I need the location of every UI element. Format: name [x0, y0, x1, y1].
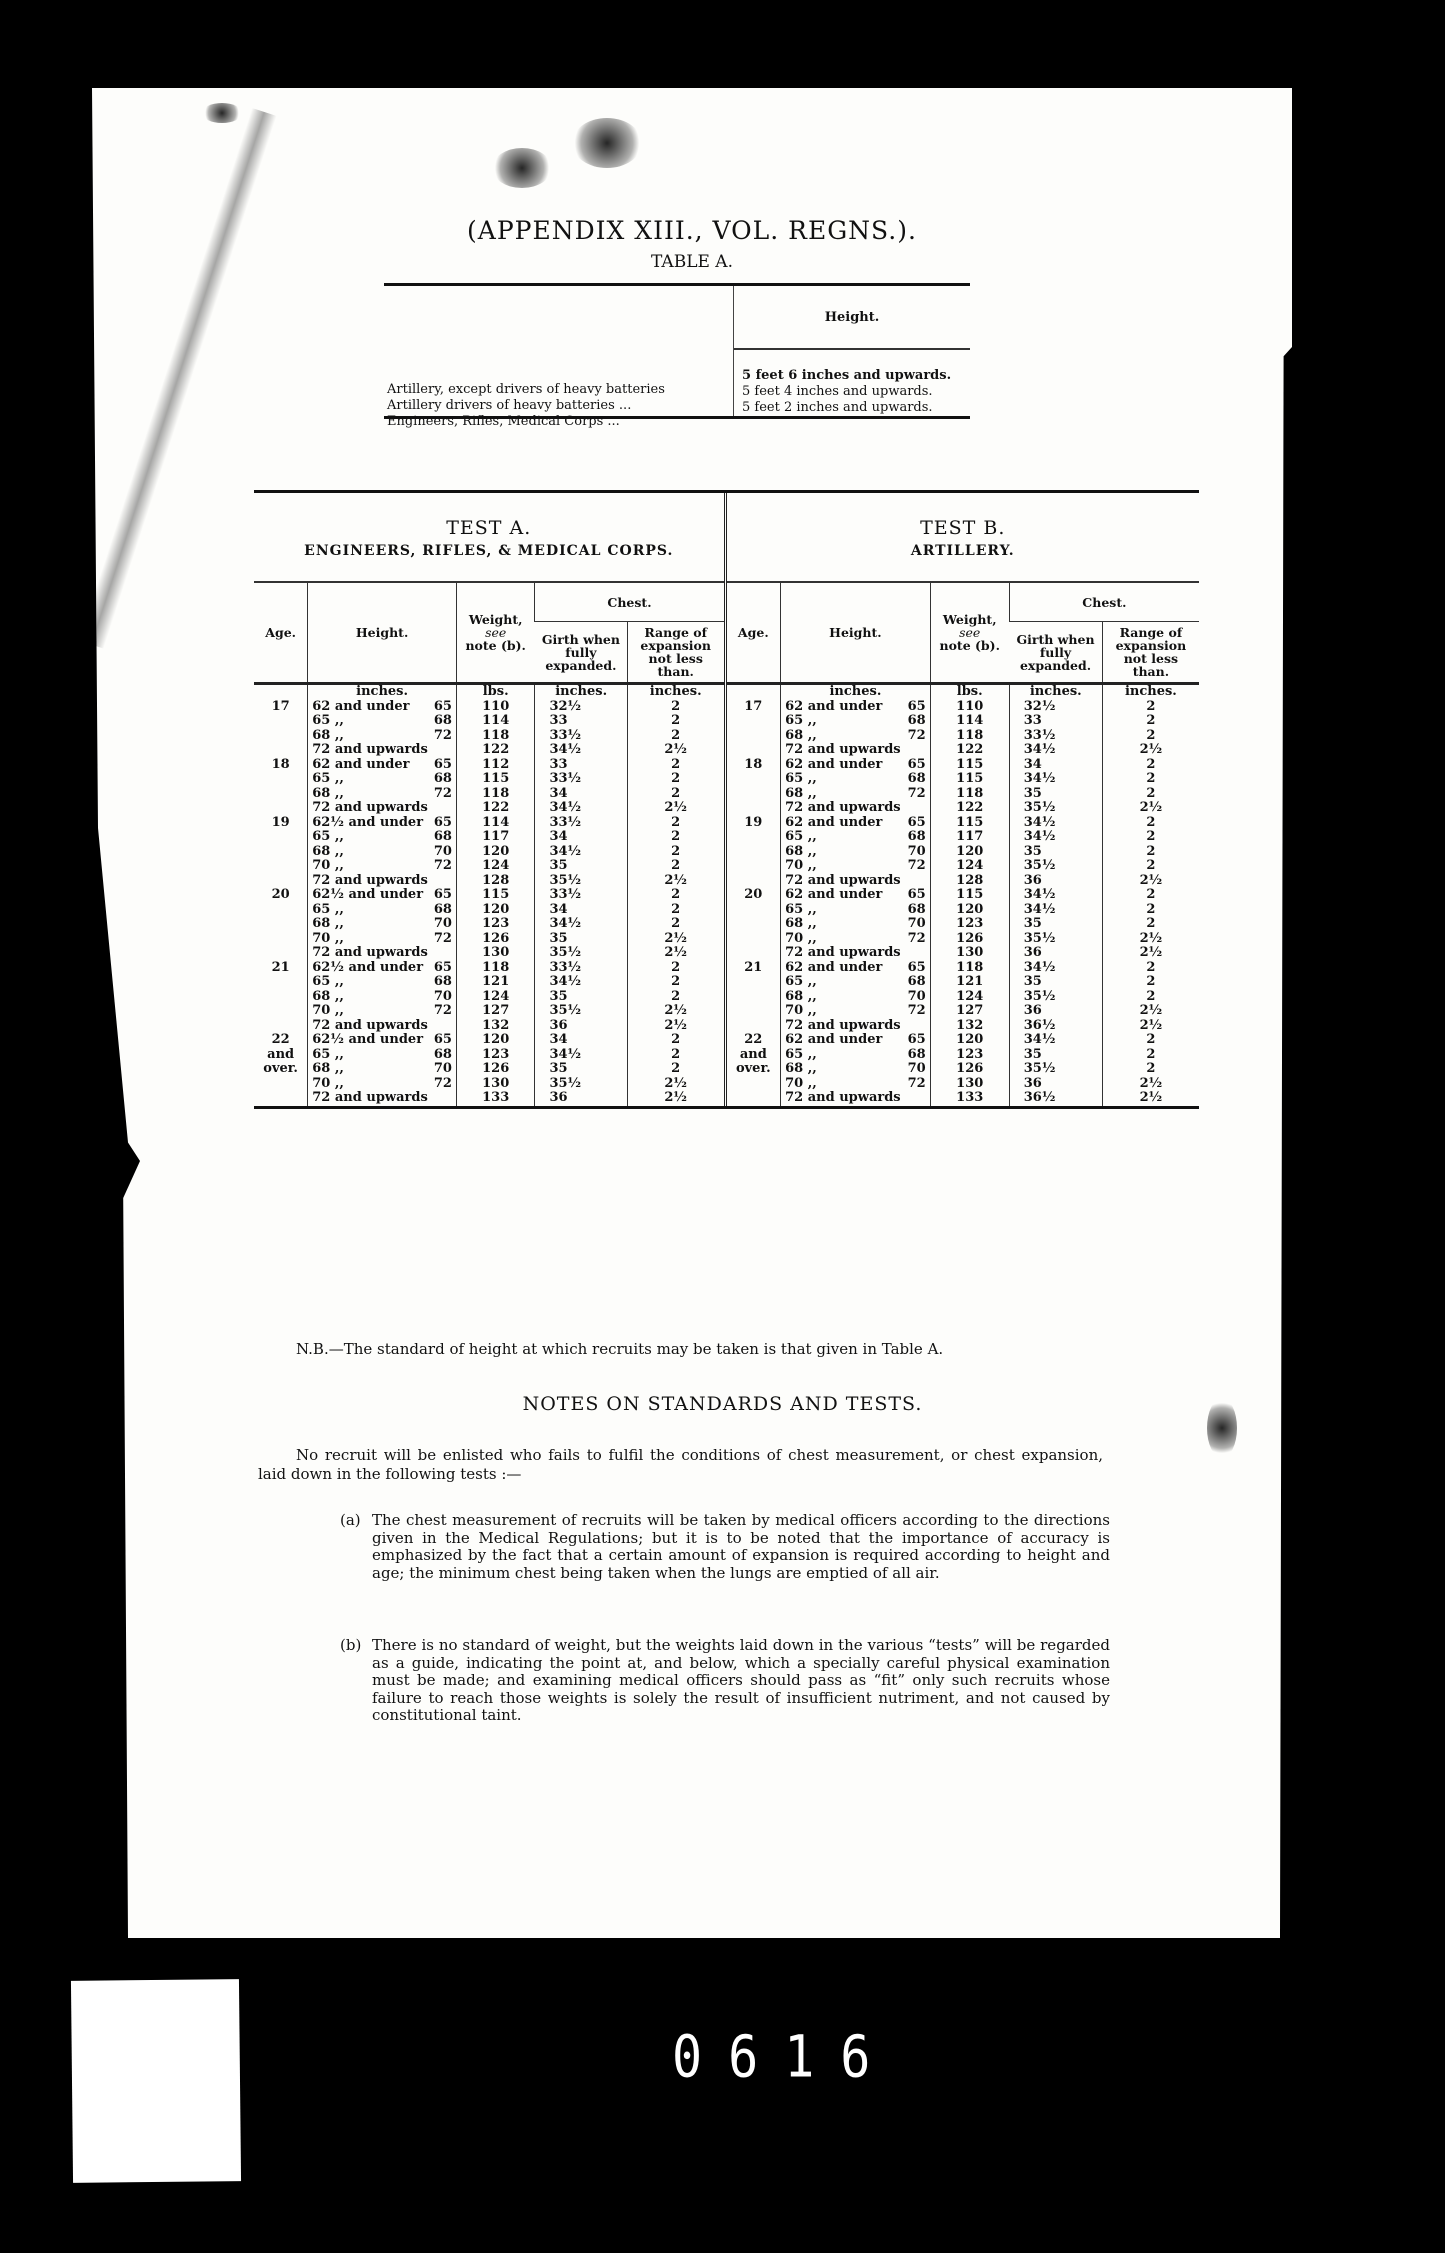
height-range: 65 ,,68: [785, 772, 926, 787]
weight-value: 120: [461, 1033, 531, 1048]
girth-value: 35: [1024, 845, 1098, 860]
height-to: 65: [908, 961, 926, 976]
girth-value: 33: [549, 758, 622, 773]
age-cell: 17: [254, 700, 308, 758]
height-from: 72 and upwards: [785, 874, 901, 889]
range-value: 2: [1107, 888, 1195, 903]
height-cell: 62 and under6565 ,,6868 ,,7272 and upwar…: [308, 700, 457, 758]
girth-value: 33½: [1024, 729, 1098, 744]
height-to: 68: [908, 1048, 926, 1063]
height-from: 68 ,,: [785, 1062, 817, 1077]
height-from: 68 ,,: [312, 845, 344, 860]
weight-value: 115: [461, 772, 531, 787]
height-to: 72: [434, 787, 452, 802]
weight-value: 120: [935, 903, 1005, 918]
height-to: 68: [434, 975, 452, 990]
girth-value: 33½: [549, 888, 622, 903]
weight-value: 133: [461, 1091, 531, 1106]
girth-value: 35½: [1024, 1062, 1098, 1077]
girth-value: 34½: [1024, 830, 1098, 845]
height-range: 72 and upwards: [312, 874, 452, 889]
age-cell: 20: [727, 888, 781, 961]
unit-range: inches.: [1102, 684, 1199, 700]
test-a-subtitle: ENGINEERS, RIFLES, & MEDICAL CORPS.: [254, 543, 724, 559]
height-range: 70 ,,72: [785, 932, 926, 947]
height-from: 68 ,,: [785, 787, 817, 802]
age-cell: 21: [727, 961, 781, 1034]
range-value: 2: [632, 903, 720, 918]
range-cell: 2222½2½: [627, 961, 723, 1034]
girth-value: 35½: [549, 1004, 622, 1019]
height-from: 65 ,,: [785, 714, 817, 729]
height-from: 62½ and under: [312, 961, 423, 976]
age-group-row: 1962 and under6565 ,,6868 ,,7070 ,,7272 …: [727, 816, 1200, 889]
range-cell: 22222½: [627, 816, 723, 889]
unit-weight: lbs.: [930, 684, 1009, 700]
age-group-row: 1862 and under6565 ,,6868 ,,7272 and upw…: [254, 758, 724, 816]
girth-value: 34: [549, 830, 622, 845]
girth-value: 34: [549, 787, 622, 802]
height-from: 65 ,,: [312, 772, 344, 787]
height-cell: 62 and under6565 ,,6868 ,,7272 and upwar…: [781, 700, 931, 758]
girth-value: 34½: [549, 845, 622, 860]
range-value: 2: [1107, 1033, 1195, 1048]
note-b: (b) There is no standard of weight, but …: [340, 1637, 1110, 1725]
height-from: 65 ,,: [785, 1048, 817, 1063]
notes-intro: No recruit will be enlisted who fails to…: [258, 1446, 1103, 1484]
table-a-label: TABLE A.: [92, 252, 1292, 272]
range-value: 2: [632, 1062, 720, 1077]
range-value: 2½: [632, 932, 720, 947]
girth-cell: 34½3535½3636½: [1009, 1033, 1102, 1106]
girth-value: 36: [1024, 874, 1098, 889]
table-a-units: Artillery, except drivers of heavy batte…: [384, 286, 734, 416]
height-to: 68: [908, 975, 926, 990]
girth-cell: 3434½3535½36: [535, 1033, 627, 1106]
weight-value: 124: [935, 990, 1005, 1005]
girth-cell: 33½3434½3535½: [535, 888, 627, 961]
notes-title: NOTES ON STANDARDS AND TESTS.: [0, 1393, 1445, 1415]
weight-value: 118: [935, 729, 1005, 744]
height-to: 70: [908, 1062, 926, 1077]
height-to: 72: [434, 729, 452, 744]
weight-note: note (b).: [933, 639, 1007, 652]
range-value: 2: [1107, 961, 1195, 976]
height-from: 70 ,,: [785, 859, 817, 874]
height-to: 72: [908, 932, 926, 947]
girth-value: 36: [1024, 1077, 1098, 1092]
range-value: 2: [1107, 758, 1195, 773]
height-to: 70: [908, 917, 926, 932]
height-range: 68 ,,70: [312, 845, 452, 860]
height-cell: 62 and under6565 ,,6868 ,,7070 ,,7272 an…: [781, 816, 931, 889]
girth-value: 34½: [549, 975, 622, 990]
height-from: 68 ,,: [785, 845, 817, 860]
girth-value: 33: [1024, 714, 1098, 729]
height-to: 70: [434, 990, 452, 1005]
range-value: 2: [632, 1033, 720, 1048]
girth-value: 33: [549, 714, 622, 729]
weight-value: 130: [935, 946, 1005, 961]
weight-cell: 110114118122: [456, 700, 535, 758]
weight-value: 115: [935, 816, 1005, 831]
height-range: 70 ,,72: [312, 932, 452, 947]
weight-value: 114: [461, 714, 531, 729]
girth-value: 34½: [1024, 743, 1098, 758]
col-girth-header: Girth when fully expanded.: [535, 622, 627, 684]
age-group-row: 2062 and under6565 ,,6868 ,,7070 ,,7272 …: [727, 888, 1200, 961]
range-value: 2½: [1107, 874, 1195, 889]
table-a-unit: Artillery drivers of heavy batteries ...: [384, 398, 733, 414]
weight-cell: 112115118122: [456, 758, 535, 816]
range-value: 2½: [632, 1004, 720, 1019]
height-to: 72: [908, 729, 926, 744]
girth-value: 36½: [1024, 1091, 1098, 1106]
height-to: 65: [434, 700, 452, 715]
height-range: 70 ,,72: [312, 1077, 452, 1092]
tests-table: TEST A. ENGINEERS, RIFLES, & MEDICAL COR…: [254, 490, 1199, 1109]
col-chest-header: Chest.: [1009, 582, 1199, 622]
girth-value: 35½: [549, 1077, 622, 1092]
height-cell: 62½ and under6565 ,,6868 ,,7070 ,,7272 a…: [308, 961, 457, 1034]
weight-value: 130: [461, 1077, 531, 1092]
girth-value: 35: [1024, 1048, 1098, 1063]
height-to: 65: [908, 1033, 926, 1048]
frame-number: 0616: [672, 2024, 896, 2091]
test-a-table: Age.Height.Weight,seenote (b).Chest.Girt…: [254, 581, 724, 1106]
girth-value: 35: [549, 932, 622, 947]
height-range: 65 ,,68: [312, 772, 452, 787]
table-a: Artillery, except drivers of heavy batte…: [384, 283, 970, 419]
age-group-row: 22 and over.62 and under6565 ,,6868 ,,70…: [727, 1033, 1200, 1106]
height-range: 65 ,,68: [785, 975, 926, 990]
height-to: 70: [434, 917, 452, 932]
weight-value: 118: [935, 961, 1005, 976]
range-value: 2½: [1107, 743, 1195, 758]
weight-value: 118: [935, 787, 1005, 802]
height-range: 68 ,,70: [312, 1062, 452, 1077]
girth-cell: 34½3535½3636½: [1009, 961, 1102, 1034]
height-range: 72 and upwards: [785, 1019, 926, 1034]
height-from: 68 ,,: [312, 917, 344, 932]
age-cell: 22 and over.: [727, 1033, 781, 1106]
girth-value: 36: [549, 1091, 622, 1106]
unit-weight: lbs.: [456, 684, 535, 700]
height-to: 72: [434, 859, 452, 874]
girth-value: 35: [1024, 975, 1098, 990]
range-value: 2: [1107, 1062, 1195, 1077]
weight-value: 112: [461, 758, 531, 773]
height-to: 65: [908, 758, 926, 773]
weight-value: 122: [935, 743, 1005, 758]
height-to: 72: [434, 1077, 452, 1092]
girth-value: 35½: [1024, 990, 1098, 1005]
range-cell: 2222½2½: [627, 1033, 723, 1106]
weight-value: 132: [935, 1019, 1005, 1034]
girth-cell: 33½34½3535½36: [535, 961, 627, 1034]
age-group-row: 2162 and under6565 ,,6868 ,,7070 ,,7272 …: [727, 961, 1200, 1034]
col-range-header: Range of expansion not less than.: [1102, 622, 1199, 684]
height-from: 65 ,,: [312, 1048, 344, 1063]
height-from: 62 and under: [785, 758, 882, 773]
weight-value: 118: [461, 729, 531, 744]
height-range: 65 ,,68: [785, 903, 926, 918]
range-value: 2: [632, 888, 720, 903]
girth-value: 35½: [1024, 801, 1098, 816]
weight-value: 121: [935, 975, 1005, 990]
weight-cell: 115120123126130: [456, 888, 535, 961]
range-value: 2: [632, 1048, 720, 1063]
height-range: 65 ,,68: [312, 903, 452, 918]
height-cell: 62 and under6565 ,,6868 ,,7272 and upwar…: [308, 758, 457, 816]
weight-value: 117: [935, 830, 1005, 845]
height-range: 65 ,,68: [785, 714, 926, 729]
height-to: 68: [434, 714, 452, 729]
height-from: 72 and upwards: [312, 1019, 428, 1034]
height-range: 65 ,,68: [312, 1048, 452, 1063]
height-range: 62 and under65: [312, 758, 452, 773]
test-b: TEST B. ARTILLERY. Age.Height.Weight,see…: [727, 493, 1200, 1106]
range-cell: 2222½: [627, 758, 723, 816]
range-value: 2: [632, 917, 720, 932]
range-value: 2: [632, 961, 720, 976]
height-from: 65 ,,: [785, 830, 817, 845]
weight-value: 114: [935, 714, 1005, 729]
girth-value: 35: [549, 1062, 622, 1077]
range-value: 2: [1107, 1048, 1195, 1063]
height-range: 62 and under65: [785, 888, 926, 903]
height-from: 72 and upwards: [312, 874, 428, 889]
height-from: 72 and upwards: [785, 1019, 901, 1034]
girth-value: 35½: [549, 874, 622, 889]
weight-cell: 115115118122: [930, 758, 1009, 816]
height-range: 62½ and under65: [312, 816, 452, 831]
weight-value: 133: [935, 1091, 1005, 1106]
range-value: 2: [1107, 975, 1195, 990]
height-range: 62 and under65: [785, 758, 926, 773]
appendix-title: (APPENDIX XIII., VOL. REGNS.).: [92, 216, 1292, 245]
range-value: 2: [1107, 990, 1195, 1005]
col-range-header: Range of expansion not less than.: [627, 622, 723, 684]
girth-value: 35: [549, 859, 622, 874]
height-range: 65 ,,68: [785, 830, 926, 845]
range-value: 2: [632, 990, 720, 1005]
girth-cell: 33½3434½3535½: [535, 816, 627, 889]
age-cell: 20: [254, 888, 308, 961]
girth-value: 35: [1024, 787, 1098, 802]
height-to: 72: [908, 1004, 926, 1019]
height-range: 62 and under65: [785, 1033, 926, 1048]
range-value: 2½: [1107, 932, 1195, 947]
height-from: 68 ,,: [785, 917, 817, 932]
range-value: 2: [632, 772, 720, 787]
height-to: 65: [434, 961, 452, 976]
height-range: 62 and under65: [785, 816, 926, 831]
table-a-height-header: Height.: [734, 286, 970, 350]
height-from: 68 ,,: [312, 1062, 344, 1077]
girth-value: 33½: [549, 772, 622, 787]
height-from: 65 ,,: [312, 975, 344, 990]
range-value: 2½: [1107, 1019, 1195, 1034]
weight-cell: 115117120124128: [930, 816, 1009, 889]
weight-value: 123: [935, 917, 1005, 932]
height-range: 68 ,,72: [785, 729, 926, 744]
weight-value: 132: [461, 1019, 531, 1034]
height-from: 70 ,,: [312, 932, 344, 947]
height-to: 68: [434, 830, 452, 845]
range-cell: 2222½: [1102, 758, 1199, 816]
height-to: 70: [434, 1062, 452, 1077]
weight-value: 122: [461, 743, 531, 758]
age-cell: 19: [727, 816, 781, 889]
age-cell: 21: [254, 961, 308, 1034]
height-to: 70: [908, 845, 926, 860]
height-from: 72 and upwards: [312, 946, 428, 961]
height-range: 65 ,,68: [312, 830, 452, 845]
girth-value: 33½: [549, 816, 622, 831]
test-b-table: Age.Height.Weight,seenote (b).Chest.Girt…: [727, 581, 1200, 1106]
test-a: TEST A. ENGINEERS, RIFLES, & MEDICAL COR…: [254, 493, 727, 1106]
girth-cell: 3434½3535½: [1009, 758, 1102, 816]
girth-value: 36: [549, 1019, 622, 1034]
girth-value: 35½: [1024, 932, 1098, 947]
range-value: 2: [632, 700, 720, 715]
girth-value: 33½: [549, 729, 622, 744]
range-cell: 2222½2½: [627, 888, 723, 961]
col-age-header: Age.: [254, 582, 308, 684]
height-range: 72 and upwards: [312, 1019, 452, 1034]
range-value: 2: [1107, 714, 1195, 729]
height-from: 62 and under: [312, 700, 409, 715]
col-weight-header: Weight,seenote (b).: [930, 582, 1009, 684]
height-range: 72 and upwards: [785, 1091, 926, 1106]
note-b-label: (b): [340, 1637, 361, 1655]
weight-value: 124: [461, 990, 531, 1005]
height-from: 62 and under: [312, 758, 409, 773]
weight-value: 115: [935, 758, 1005, 773]
table-a-unit: Engineers, Rifles, Medical Corps ...: [384, 414, 733, 430]
table-a-height: 5 feet 4 inches and upwards.: [742, 384, 970, 400]
height-from: 72 and upwards: [785, 801, 901, 816]
height-range: 70 ,,72: [785, 1077, 926, 1092]
weight-value: 126: [461, 932, 531, 947]
blank-target-card: [71, 1979, 241, 2183]
girth-value: 34½: [1024, 961, 1098, 976]
age-cell: 17: [727, 700, 781, 758]
range-value: 2: [1107, 903, 1195, 918]
unit-height: inches.: [308, 684, 457, 700]
girth-value: 32½: [549, 700, 622, 715]
height-range: 65 ,,68: [312, 975, 452, 990]
range-value: 2: [1107, 830, 1195, 845]
test-b-subtitle: ARTILLERY.: [727, 543, 1200, 559]
range-value: 2½: [1107, 1004, 1195, 1019]
height-range: 62 and under65: [312, 700, 452, 715]
height-from: 72 and upwards: [312, 801, 428, 816]
height-range: 68 ,,70: [785, 1062, 926, 1077]
range-cell: 2222½: [627, 700, 723, 758]
height-range: 68 ,,72: [312, 787, 452, 802]
weight-value: 127: [935, 1004, 1005, 1019]
range-cell: 2222½2½: [1102, 1033, 1199, 1106]
age-group-row: 1762 and under6565 ,,6868 ,,7272 and upw…: [727, 700, 1200, 758]
range-value: 2½: [1107, 1077, 1195, 1092]
col-girth-header: Girth when fully expanded.: [1009, 622, 1102, 684]
weight-value: 122: [935, 801, 1005, 816]
height-to: 72: [434, 1004, 452, 1019]
height-to: 65: [434, 816, 452, 831]
girth-value: 35: [1024, 917, 1098, 932]
weight-value: 123: [935, 1048, 1005, 1063]
weight-value: 126: [461, 1062, 531, 1077]
age-group-row: 2062½ and under6565 ,,6868 ,,7070 ,,7272…: [254, 888, 724, 961]
height-from: 70 ,,: [785, 1077, 817, 1092]
height-from: 68 ,,: [312, 787, 344, 802]
height-to: 65: [908, 700, 926, 715]
height-range: 70 ,,72: [312, 1004, 452, 1019]
height-cell: 62½ and under6565 ,,6868 ,,7070 ,,7272 a…: [308, 816, 457, 889]
girth-value: 33½: [549, 961, 622, 976]
range-cell: 2222½2½: [1102, 888, 1199, 961]
range-value: 2½: [1107, 946, 1195, 961]
height-to: 68: [434, 903, 452, 918]
height-from: 65 ,,: [312, 714, 344, 729]
height-range: 72 and upwards: [312, 801, 452, 816]
weight-value: 115: [935, 772, 1005, 787]
height-to: 72: [908, 859, 926, 874]
height-from: 72 and upwards: [785, 1091, 901, 1106]
weight-value: 115: [461, 888, 531, 903]
height-range: 68 ,,70: [312, 917, 452, 932]
range-cell: 22222½: [1102, 816, 1199, 889]
weight-cell: 118121124127132: [930, 961, 1009, 1034]
weight-value: 115: [935, 888, 1005, 903]
weight-value: 117: [461, 830, 531, 845]
height-range: 70 ,,72: [785, 859, 926, 874]
girth-value: 36: [1024, 1004, 1098, 1019]
girth-value: 32½: [1024, 700, 1098, 715]
paper-crease: [79, 108, 277, 649]
unit-girth: inches.: [535, 684, 627, 700]
height-from: 68 ,,: [785, 729, 817, 744]
range-value: 2: [1107, 772, 1195, 787]
height-to: 68: [908, 714, 926, 729]
height-from: 62½ and under: [312, 816, 423, 831]
weight-value: 118: [461, 961, 531, 976]
range-value: 2: [1107, 729, 1195, 744]
height-range: 68 ,,70: [785, 917, 926, 932]
range-value: 2: [632, 975, 720, 990]
age-cell: 19: [254, 816, 308, 889]
girth-cell: 34½34½3535½36: [1009, 816, 1102, 889]
height-from: 70 ,,: [785, 1004, 817, 1019]
girth-cell: 3333½3434½: [535, 758, 627, 816]
height-from: 70 ,,: [312, 1077, 344, 1092]
unit-range: inches.: [627, 684, 723, 700]
height-range: 70 ,,72: [312, 859, 452, 874]
height-range: 62½ and under65: [312, 888, 452, 903]
weight-value: 124: [461, 859, 531, 874]
weight-value: 130: [935, 1077, 1005, 1092]
weight-cell: 118121124127132: [456, 961, 535, 1034]
col-weight-header: Weight,seenote (b).: [456, 582, 535, 684]
unit-girth: inches.: [1009, 684, 1102, 700]
note-a: (a) The chest measurement of recruits wi…: [340, 1512, 1110, 1582]
range-value: 2½: [632, 1077, 720, 1092]
range-value: 2½: [632, 946, 720, 961]
weight-value: 120: [461, 845, 531, 860]
height-from: 70 ,,: [312, 859, 344, 874]
